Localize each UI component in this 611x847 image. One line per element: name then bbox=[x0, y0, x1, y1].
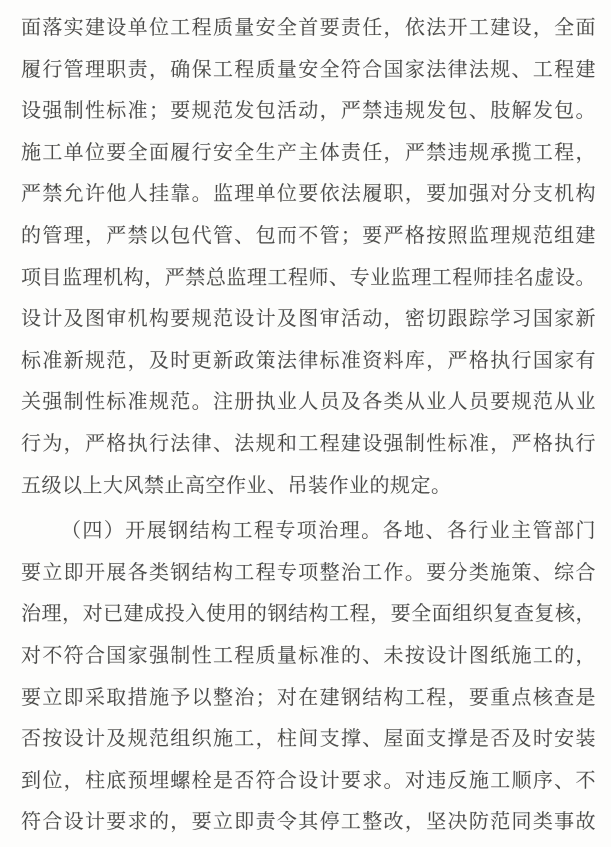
text-line: 治理，对已建成投入使用的钢结构工程，要全面组织复查复核， bbox=[21, 594, 596, 636]
text-line: 要立即开展各类钢结构工程专项整治工作。要分类施策、综合 bbox=[21, 553, 596, 595]
text-line: 设强制性标准；要规范发包活动，严禁违规发包、肢解发包。 bbox=[21, 91, 596, 133]
text-line: 标准新规范，及时更新政策法律标准资料库，严格执行国家有 bbox=[21, 341, 596, 383]
text-line: 的管理，严禁以包代管、包而不管；要严格按照监理规范组建 bbox=[21, 216, 596, 258]
text-line: 履行管理职责，确保工程质量安全符合国家法律法规、工程建 bbox=[21, 50, 596, 92]
text-line: 否按设计及规范组织施工，柱间支撑、屋面支撑是否及时安装 bbox=[21, 719, 596, 761]
text-line: 到位，柱底预埋螺栓是否符合设计要求。对违反施工顺序、不 bbox=[21, 761, 596, 803]
text-line: 严禁允许他人挂靠。监理单位要依法履职，要加强对分支机构 bbox=[21, 174, 596, 216]
text-line: 要立即采取措施予以整治；对在建钢结构工程，要重点核查是 bbox=[21, 678, 596, 720]
text-line: 行为，严格执行法律、法规和工程建设强制性标准，严格执行 bbox=[21, 424, 596, 466]
text-line: 面落实建设单位工程质量安全首要责任，依法开工建设，全面 bbox=[21, 8, 596, 50]
document-page: 面落实建设单位工程质量安全首要责任，依法开工建设，全面 履行管理职责，确保工程质… bbox=[0, 0, 611, 847]
paragraph-item-four: （四）开展钢结构工程专项治理。各地、各行业主管部门 要立即开展各类钢结构工程专项… bbox=[21, 511, 596, 844]
paragraph-continuation: 面落实建设单位工程质量安全首要责任，依法开工建设，全面 履行管理职责，确保工程质… bbox=[21, 8, 596, 507]
text-line: 对不符合国家强制性工程质量标准的、未按设计图纸施工的， bbox=[21, 636, 596, 678]
text-line: 符合设计要求的，要立即责令其停工整改，坚决防范同类事故 bbox=[21, 802, 596, 844]
text-line: 项目监理机构，严禁总监理工程师、专业监理工程师挂名虚设。 bbox=[21, 258, 596, 300]
text-line: 设计及图审机构要规范设计及图审活动，密切跟踪学习国家新 bbox=[21, 299, 596, 341]
text-line-indented: （四）开展钢结构工程专项治理。各地、各行业主管部门 bbox=[21, 511, 596, 553]
text-line: 关强制性标准规范。注册执业人员及各类从业人员要规范从业 bbox=[21, 382, 596, 424]
text-line-paragraph-end: 五级以上大风禁止高空作业、吊装作业的规定。 bbox=[21, 466, 596, 508]
text-line: 施工单位要全面履行安全生产主体责任，严禁违规承揽工程， bbox=[21, 133, 596, 175]
